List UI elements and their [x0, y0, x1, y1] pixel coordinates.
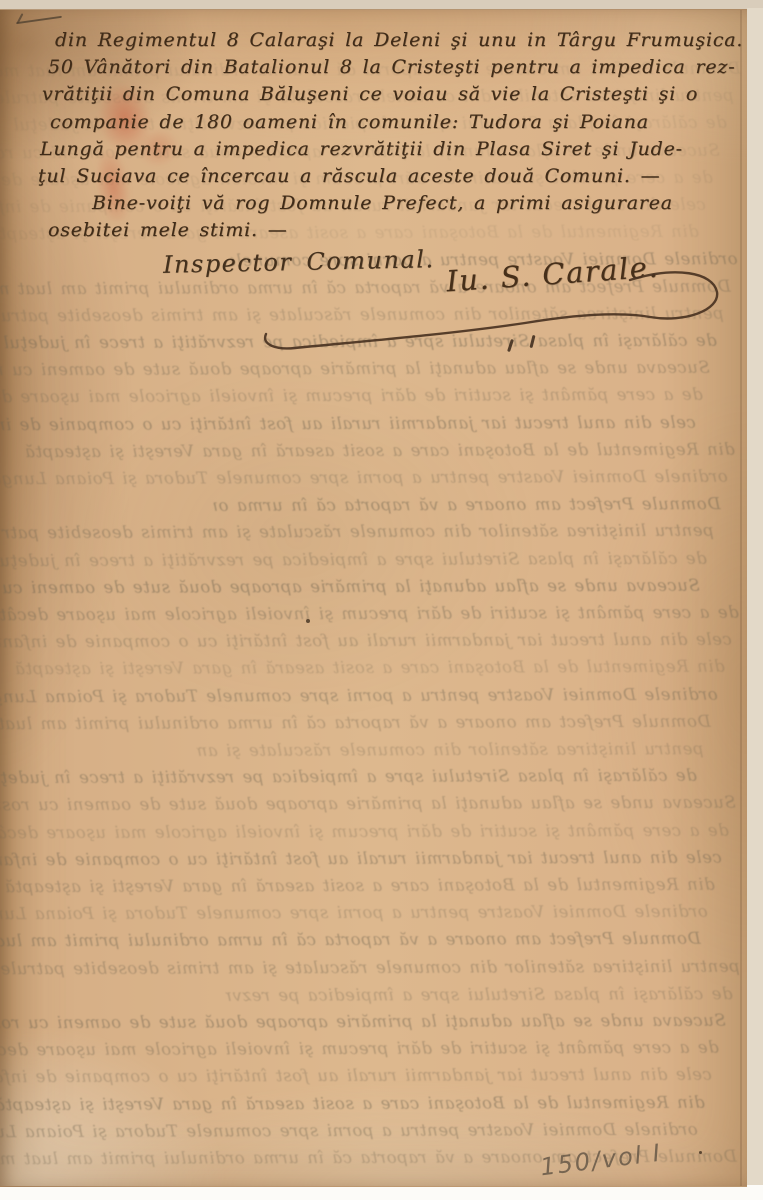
bleedthrough-line: de a cere pământ şi scutiri de dări prec…: [0, 603, 741, 626]
letter-line: 50 Vânători din Batalionul 8 la Cristeşt…: [48, 54, 745, 81]
bleedthrough-line: ordinele Domniei Voastre pentru a porni …: [0, 684, 741, 707]
letter-line: osebitei mele stimi. —: [48, 217, 745, 244]
letter-body: din Regimentul 8 Calaraşi la Deleni şi u…: [0, 27, 745, 245]
bleedthrough-line: Domnule Prefect am onoare a vă raporta c…: [0, 711, 741, 734]
bleedthrough-line: de a cere pământ şi scutiri de dări prec…: [0, 385, 741, 408]
letter-line: vrătiţii din Comuna Băluşeni ce voiau să…: [42, 81, 745, 108]
bleedthrough-line: Suceava unde se aflau adunaţi la primări…: [0, 575, 741, 598]
ink-speck: [306, 619, 310, 623]
bleedthrough-line: Domnule Prefect am onoare a vă raporta c…: [0, 929, 741, 952]
bleedthrough-line: pentru liniştirea sătenilor din comunele…: [0, 521, 741, 544]
bleedthrough-line: din Regimentul de la Botoşani care a sos…: [0, 1092, 741, 1115]
bleedthrough-line: de călăraşi în plasa Siretului spre a îm…: [0, 766, 741, 789]
bleedthrough-line: cele din anul trecut iar jandarmii rural…: [0, 630, 741, 653]
bleedthrough-line: pentru liniştirea sătenilor din comunele…: [197, 739, 741, 761]
pencil-stroke: [16, 16, 62, 24]
bleedthrough-line: de călăraşi în plasa Siretului spre a îm…: [226, 984, 741, 1006]
bleedthrough-line: ordinele Domniei Voastre pentru a porni …: [0, 467, 741, 490]
letter-line: Bine-voiţi vă rog Domnule Prefect, a pri…: [92, 190, 745, 217]
bleedthrough-line: cele din anul trecut iar jandarmii rural…: [0, 412, 741, 435]
underlying-sheet-edge-right: [747, 8, 763, 1185]
bleedthrough-line: Suceava unde se aflau adunaţi la primări…: [0, 1011, 741, 1034]
bleedthrough-line: cele din anul trecut iar jandarmii rural…: [0, 847, 741, 870]
bleedthrough-line: Domnule Prefect am onoare a vă raporta c…: [214, 494, 741, 516]
letter-page: Domnule Prefect am onoare a vă raporta c…: [0, 9, 747, 1187]
bleedthrough-line: din Regimentul de la Botoşani care a sos…: [0, 875, 741, 898]
signature-flourish: [255, 250, 735, 370]
bleedthrough-line: pentru liniştirea sătenilor din comunele…: [0, 956, 741, 979]
bleedthrough-line: de a cere pământ şi scutiri de dări prec…: [0, 820, 741, 843]
pencil-corner-mark: [16, 12, 66, 28]
letter-line: Lungă pentru a impedica rezvrătiţii din …: [40, 136, 745, 163]
bleedthrough-line: ordinele Domniei Voastre pentru a porni …: [0, 1119, 741, 1142]
bleedthrough-line: din Regimentul de la Botoşani care a sos…: [0, 439, 741, 462]
bleedthrough-line: cele din anul trecut iar jandarmii rural…: [0, 1065, 741, 1088]
bleedthrough-line: de călăraşi în plasa Siretului spre a îm…: [0, 548, 741, 571]
letter-line: ţul Suciava ce încercau a răscula aceste…: [38, 163, 745, 190]
bleedthrough-line: Suceava unde se aflau adunaţi la primări…: [0, 793, 741, 816]
letter-line: companie de 180 oameni în comunile: Tudo…: [50, 109, 745, 136]
bleedthrough-line: din Regimentul de la Botoşani care a sos…: [0, 657, 741, 680]
ink-speck: [699, 1151, 702, 1154]
bleedthrough-line: ordinele Domniei Voastre pentru a porni …: [0, 902, 741, 925]
bleedthrough-line: de a cere pământ şi scutiri de dări prec…: [0, 1038, 741, 1061]
letter-line: din Regimentul 8 Calaraşi la Deleni şi u…: [55, 27, 745, 54]
paper-edge-line: [740, 10, 742, 1186]
